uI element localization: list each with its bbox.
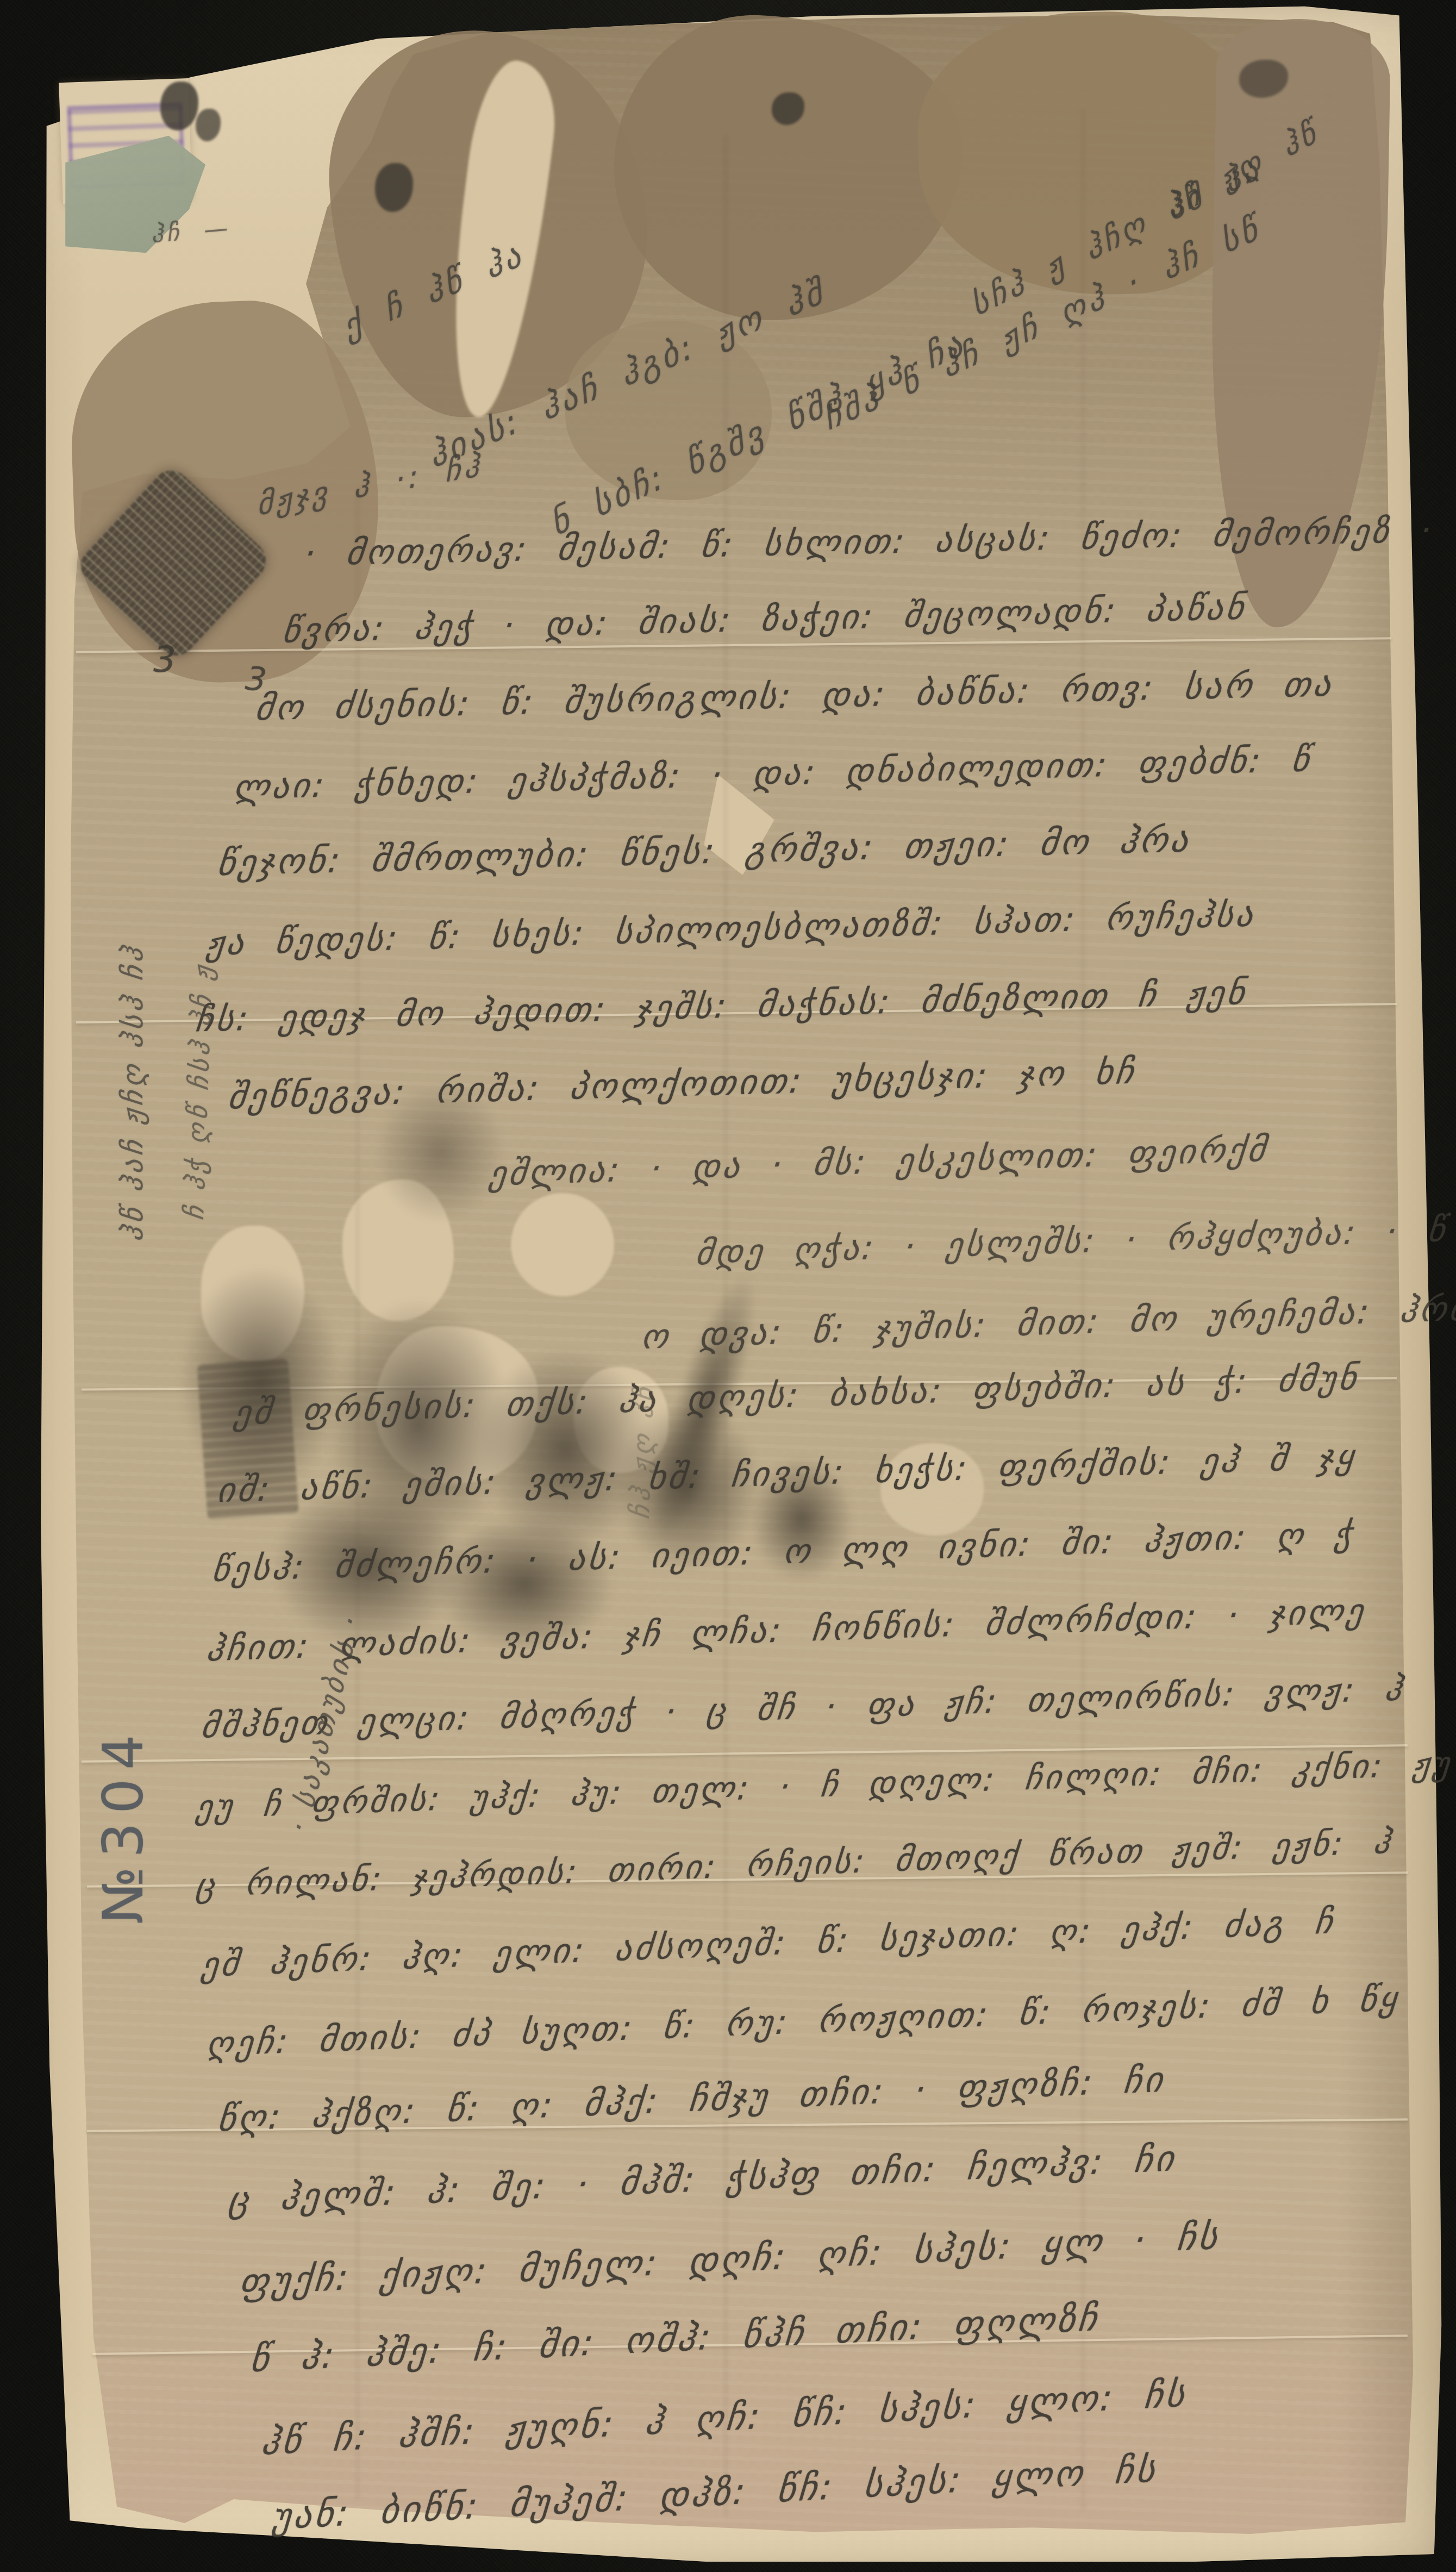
scanned-manuscript-page: ქ ჩ ჰწ ჰა ჰიას: ჰაჩ ჰგბ: ჟო ჰშ ნ სბჩ: წგ… <box>0 0 1456 2572</box>
ink-smudge <box>179 1266 342 1495</box>
marginalia-vertical: ჰწ ჰაჩ ჟჩღ ჰსჰ ჩჰ <box>117 942 149 1243</box>
tear-hole <box>511 1193 614 1296</box>
marginalia-ghost: ჩჰ ჟღ ჰწ <box>625 1382 660 1520</box>
archive-number: №304 <box>91 1726 156 1924</box>
figure-mark: 3 <box>153 639 176 681</box>
